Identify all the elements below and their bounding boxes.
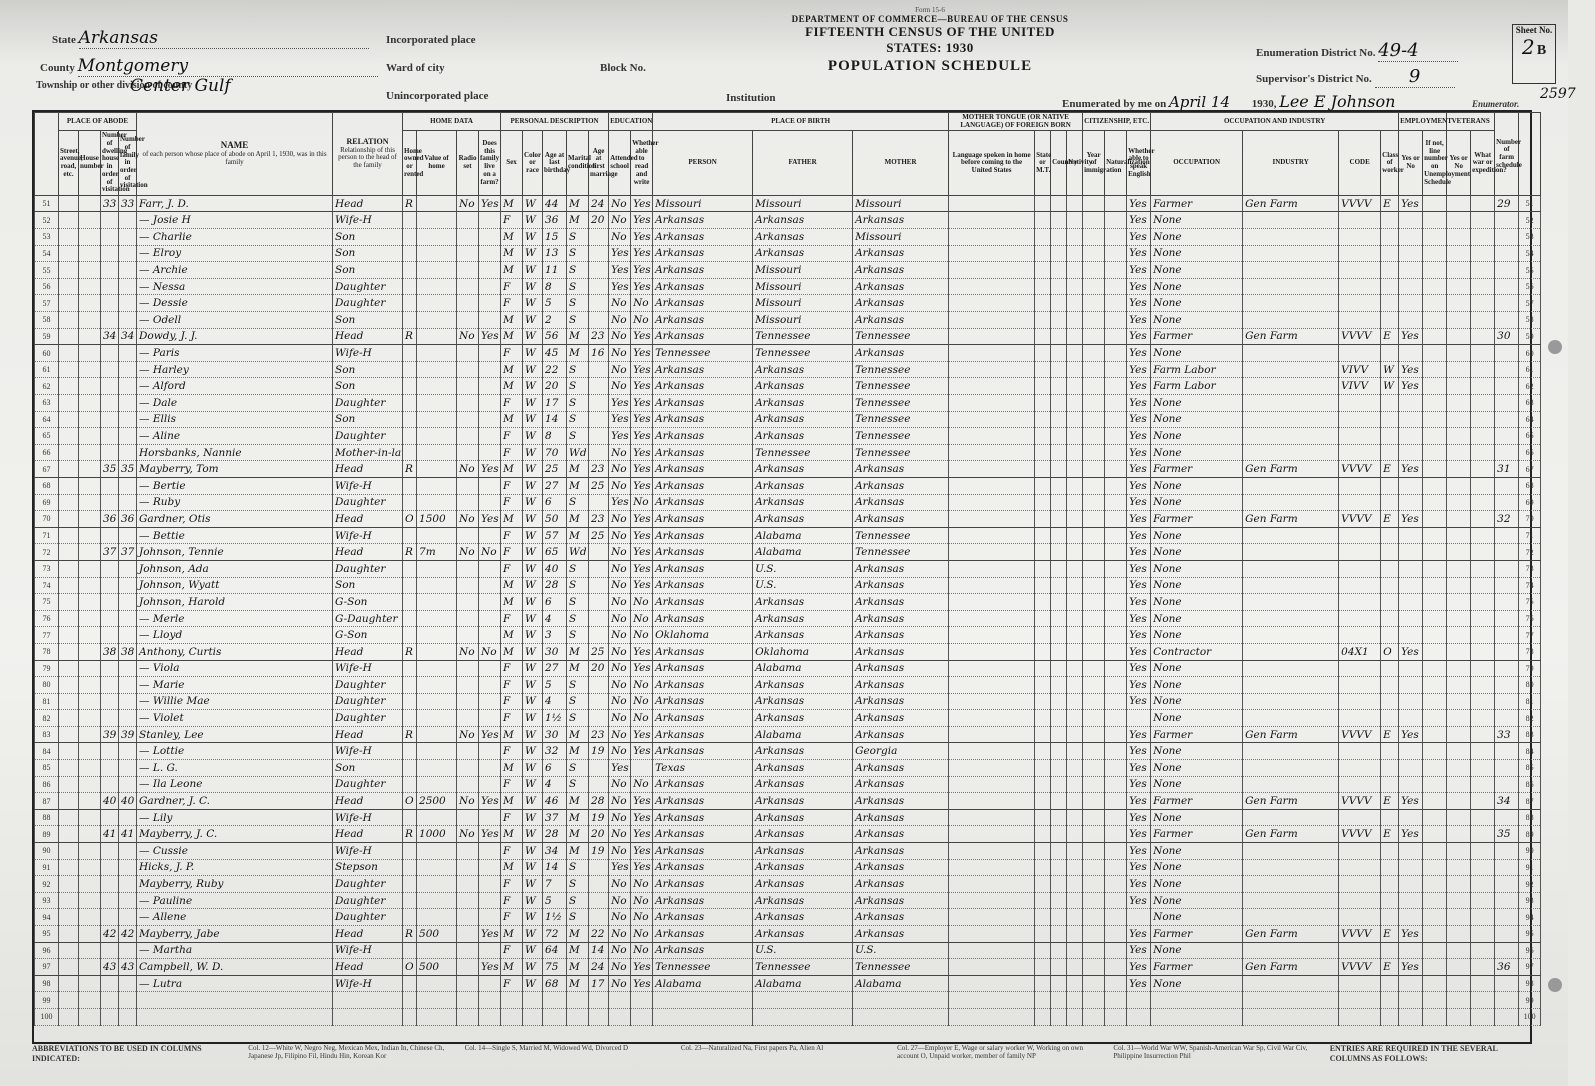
cell-empty — [1471, 660, 1495, 677]
cell-empty — [949, 212, 1035, 229]
cell-empty — [1105, 959, 1127, 976]
line-number: 86 — [35, 776, 59, 793]
cell-sex: F — [501, 428, 523, 445]
cell-fbp: Arkansas — [753, 610, 853, 627]
cell-occ: None — [1151, 760, 1243, 777]
cell-empty — [1105, 843, 1127, 860]
cell-empty — [1051, 677, 1067, 694]
cell-sch — [609, 1008, 631, 1025]
cell-empty — [1423, 776, 1447, 793]
cell-radio — [457, 610, 479, 627]
cell-val — [417, 992, 457, 1009]
col-age: Age at last birthday — [543, 131, 567, 196]
cell-empty — [1105, 361, 1127, 378]
cell-empty — [949, 1008, 1035, 1025]
cell-farm — [479, 859, 501, 876]
cell-empty — [1105, 411, 1127, 428]
cell-own — [403, 760, 417, 777]
cell-radio: No — [457, 544, 479, 561]
cell-farmno: 33 — [1495, 726, 1519, 743]
cell-name: — Elroy — [137, 245, 333, 262]
cell-occ — [1151, 1008, 1243, 1025]
cell-empty — [1423, 444, 1447, 461]
cell-fbp: Missouri — [753, 295, 853, 312]
cell-empty — [1051, 345, 1067, 362]
line-number: 84 — [35, 743, 59, 760]
line-number: 97 — [35, 959, 59, 976]
veterans-group-header: VETERANS — [1447, 113, 1495, 131]
cell-empty — [1423, 643, 1447, 660]
cell-mar: S — [567, 594, 589, 611]
cell-occ: None — [1151, 693, 1243, 710]
cell-race: W — [523, 726, 543, 743]
cell-rel — [333, 992, 403, 1009]
table-row: 77— LloydG-SonMW3SNoNoOklahomaArkansasAr… — [35, 627, 1561, 644]
cell-rw: Yes — [631, 378, 653, 395]
cell-val — [417, 262, 457, 279]
cell-empty — [79, 527, 101, 544]
line-number: 66 — [35, 444, 59, 461]
table-row: 783838Anthony, CurtisHeadRNoNoMW30M25NoY… — [35, 643, 1561, 660]
cell-own — [403, 428, 417, 445]
cell-fbp: U.S. — [753, 942, 853, 959]
cell-race: W — [523, 710, 543, 727]
line-number: 51 — [35, 195, 59, 212]
cell-eng: Yes — [1127, 461, 1151, 478]
cell-empty — [1067, 959, 1083, 976]
cell-farm — [479, 378, 501, 395]
cell-empty — [1083, 560, 1105, 577]
cell-age: 32 — [543, 743, 567, 760]
cell-ind — [1243, 942, 1339, 959]
cell-mar: S — [567, 677, 589, 694]
cell-occ: None — [1151, 859, 1243, 876]
col-industry: INDUSTRY — [1243, 131, 1339, 196]
cell-empty — [1471, 643, 1495, 660]
cell-fam — [119, 295, 137, 312]
cell-race: W — [523, 859, 543, 876]
cell-rel: Son — [333, 411, 403, 428]
cell-eng: Yes — [1127, 942, 1151, 959]
cell-empty — [1471, 926, 1495, 943]
cell-ind: Gen Farm — [1243, 926, 1339, 943]
cell-farmno — [1495, 1008, 1519, 1025]
cell-fbp: Arkansas — [753, 809, 853, 826]
cell-sch: Yes — [609, 411, 631, 428]
cell-rel: Head — [333, 195, 403, 212]
cell-empty — [1471, 776, 1495, 793]
cell-empty — [1051, 776, 1067, 793]
cell-own: R — [403, 643, 417, 660]
cell-code — [1339, 610, 1381, 627]
line-number-right: 66 — [1519, 444, 1541, 461]
cell-race: W — [523, 461, 543, 478]
cell-cls — [1381, 245, 1399, 262]
cell-sch: Yes — [609, 278, 631, 295]
cell-empty — [1035, 992, 1051, 1009]
cell-name: Johnson, Ada — [137, 560, 333, 577]
cell-emp — [1399, 710, 1423, 727]
cell-dw — [101, 1008, 119, 1025]
cell-ind — [1243, 544, 1339, 561]
cell-empty — [1035, 959, 1051, 976]
cell-rel — [333, 1008, 403, 1025]
line-number-right: 61 — [1519, 361, 1541, 378]
cell-own: R — [403, 195, 417, 212]
cell-occ: None — [1151, 262, 1243, 279]
cell-empty — [59, 511, 79, 528]
cell-empty — [1447, 992, 1471, 1009]
tongue-group-header: MOTHER TONGUE (OR NATIVE LANGUAGE) OF FO… — [949, 113, 1083, 131]
cell-empty — [1083, 793, 1105, 810]
cell-own: R — [403, 544, 417, 561]
cell-race — [523, 992, 543, 1009]
cell-code — [1339, 411, 1381, 428]
cell-empty — [1447, 378, 1471, 395]
cell-ind — [1243, 245, 1339, 262]
cell-age: 68 — [543, 975, 567, 992]
cell-empty — [1105, 909, 1127, 926]
cell-cls — [1381, 229, 1399, 246]
cell-rel: Son — [333, 262, 403, 279]
cell-empty — [949, 776, 1035, 793]
cell-sex: M — [501, 312, 523, 329]
cell-code — [1339, 693, 1381, 710]
cell-farmno — [1495, 909, 1519, 926]
cell-age: 37 — [543, 809, 567, 826]
cell-sch: Yes — [609, 760, 631, 777]
cell-sch: No — [609, 577, 631, 594]
cell-rw: Yes — [631, 843, 653, 860]
cell-dw: 42 — [101, 926, 119, 943]
cell-empty — [59, 627, 79, 644]
township-value: Center Gulf — [130, 76, 231, 96]
cell-empty — [1447, 743, 1471, 760]
cell-empty — [1105, 328, 1127, 345]
cell-fam: 37 — [119, 544, 137, 561]
cell-empty — [1035, 859, 1051, 876]
table-row: 91Hicks, J. P.StepsonMW14SYesYesArkansas… — [35, 859, 1561, 876]
cell-empty — [1423, 859, 1447, 876]
relation-header: RELATIONRelationship of this person to t… — [333, 113, 403, 196]
cell-race: W — [523, 444, 543, 461]
table-row: 723737Johnson, TennieHeadR7mNoNoFW65WdNo… — [35, 544, 1561, 561]
cell-radio — [457, 527, 479, 544]
cell-rw: No — [631, 776, 653, 793]
cell-name: — Paris — [137, 345, 333, 362]
cell-empty — [1067, 494, 1083, 511]
cell-afm: 19 — [589, 843, 609, 860]
line-number-right: 97 — [1519, 959, 1541, 976]
cell-cls — [1381, 544, 1399, 561]
cell-age: 70 — [543, 444, 567, 461]
cell-eng: Yes — [1127, 494, 1151, 511]
cell-age: 72 — [543, 926, 567, 943]
cell-eng: Yes — [1127, 395, 1151, 412]
cell-rw: No — [631, 926, 653, 943]
cell-empty — [1447, 826, 1471, 843]
table-row: 60— ParisWife-HFW45M16NoYesTennesseeTenn… — [35, 345, 1561, 362]
cell-radio — [457, 926, 479, 943]
table-row: 90— CussieWife-HFW34M19NoYesArkansasArka… — [35, 843, 1561, 860]
cell-name: — Lottie — [137, 743, 333, 760]
cell-age: 7 — [543, 876, 567, 893]
cell-code — [1339, 544, 1381, 561]
cell-mar: S — [567, 395, 589, 412]
cell-empty — [1083, 511, 1105, 528]
abbrev-race: Col. 12—White W, Negro Neg, Mexican Mex,… — [248, 1044, 446, 1084]
cell-fam — [119, 876, 137, 893]
cell-cls: E — [1381, 461, 1399, 478]
cell-code — [1339, 892, 1381, 909]
col-radio: Radio set — [457, 131, 479, 196]
cell-sex: F — [501, 278, 523, 295]
cell-farmno — [1495, 876, 1519, 893]
col-occupation: OCCUPATION — [1151, 131, 1243, 196]
cell-own — [403, 361, 417, 378]
cell-ind — [1243, 809, 1339, 826]
cell-empty — [59, 527, 79, 544]
cell-empty — [1105, 793, 1127, 810]
cell-empty — [1423, 428, 1447, 445]
cell-val: 500 — [417, 959, 457, 976]
cell-afm: 23 — [589, 461, 609, 478]
cell-own — [403, 411, 417, 428]
cell-ind — [1243, 1008, 1339, 1025]
cell-sch: No — [609, 876, 631, 893]
cell-empty — [1447, 892, 1471, 909]
cell-empty — [79, 726, 101, 743]
cell-rw: No — [631, 942, 653, 959]
cell-cls — [1381, 295, 1399, 312]
cell-empty — [1471, 262, 1495, 279]
cell-ind — [1243, 843, 1339, 860]
cell-empty — [1447, 494, 1471, 511]
cell-empty — [79, 511, 101, 528]
cell-own — [403, 295, 417, 312]
cell-sex: F — [501, 527, 523, 544]
cell-val — [417, 212, 457, 229]
cell-ind — [1243, 743, 1339, 760]
cell-farm — [479, 776, 501, 793]
cell-mar: S — [567, 245, 589, 262]
cell-mar: M — [567, 195, 589, 212]
cell-empty — [59, 328, 79, 345]
cell-empty — [1083, 577, 1105, 594]
table-row: 703636Gardner, OtisHeadO1500NoYesMW50M23… — [35, 511, 1561, 528]
cell-occ: Farmer — [1151, 461, 1243, 478]
cell-empty — [1447, 843, 1471, 860]
cell-sex: F — [501, 395, 523, 412]
cell-empty — [1423, 477, 1447, 494]
cell-sex: M — [501, 959, 523, 976]
cell-age: 8 — [543, 278, 567, 295]
line-number-right: 84 — [1519, 743, 1541, 760]
cell-mar: M — [567, 942, 589, 959]
cell-name: — Allene — [137, 909, 333, 926]
cell-sex: F — [501, 776, 523, 793]
cell-empty — [1035, 643, 1051, 660]
col-farm: Does this family live on a farm? — [479, 131, 501, 196]
cell-empty — [1067, 859, 1083, 876]
cell-empty — [1423, 527, 1447, 544]
cell-val — [417, 843, 457, 860]
cell-empty — [949, 975, 1035, 992]
cell-empty — [1083, 726, 1105, 743]
cell-emp: Yes — [1399, 328, 1423, 345]
cell-race: W — [523, 229, 543, 246]
line-number-right: 51 — [1519, 195, 1541, 212]
cell-empty — [59, 760, 79, 777]
cell-emp — [1399, 610, 1423, 627]
cell-rw: Yes — [631, 809, 653, 826]
education-group-header: EDUCATION — [609, 113, 653, 131]
cell-cls — [1381, 909, 1399, 926]
cell-empty — [949, 710, 1035, 727]
cell-fbp: Arkansas — [753, 428, 853, 445]
cell-empty — [1035, 527, 1051, 544]
cell-dw — [101, 262, 119, 279]
cell-cls — [1381, 262, 1399, 279]
cell-mbp: Tennessee — [853, 411, 949, 428]
cell-dw — [101, 942, 119, 959]
cell-empty — [1471, 378, 1495, 395]
table-row: 53— CharlieSonMW15SNoYesArkansasArkansas… — [35, 229, 1561, 246]
cell-eng: Yes — [1127, 428, 1151, 445]
cell-name: — Bettie — [137, 527, 333, 544]
cell-empty — [79, 809, 101, 826]
cell-ind — [1243, 693, 1339, 710]
cell-race: W — [523, 262, 543, 279]
schedule-title: POPULATION SCHEDULE — [780, 58, 1080, 75]
county-label: County — [40, 62, 75, 74]
cell-sex: F — [501, 809, 523, 826]
cell-mbp: Georgia — [853, 743, 949, 760]
cell-radio — [457, 594, 479, 611]
table-row: 82— VioletDaughterFW1½SNoNoArkansasArkan… — [35, 710, 1561, 727]
cell-bp: Alabama — [653, 975, 753, 992]
cell-empty — [1051, 610, 1067, 627]
cell-empty — [59, 577, 79, 594]
cell-empty — [79, 444, 101, 461]
cell-val: 2500 — [417, 793, 457, 810]
cell-empty — [1447, 975, 1471, 992]
cell-empty — [1067, 577, 1083, 594]
cell-fbp — [753, 1008, 853, 1025]
cell-empty — [79, 361, 101, 378]
cell-empty — [79, 461, 101, 478]
cell-farm: No — [479, 643, 501, 660]
abbreviations-footer: ABBREVIATIONS TO BE USED IN COLUMNS INDI… — [32, 1044, 1528, 1084]
cell-eng: Yes — [1127, 544, 1151, 561]
cell-own — [403, 743, 417, 760]
cell-empty — [1447, 295, 1471, 312]
cell-empty — [1447, 1008, 1471, 1025]
cell-empty — [1083, 992, 1105, 1009]
cell-afm — [589, 262, 609, 279]
cell-empty — [59, 826, 79, 843]
cell-fam — [119, 1008, 137, 1025]
cell-race: W — [523, 411, 543, 428]
cell-mar: S — [567, 693, 589, 710]
cell-empty — [1423, 511, 1447, 528]
cell-empty — [1105, 809, 1127, 826]
cell-dw — [101, 444, 119, 461]
cell-rel: Stepson — [333, 859, 403, 876]
table-row: 79— ViolaWife-HFW27M20NoYesArkansasAlaba… — [35, 660, 1561, 677]
cell-afm: 28 — [589, 793, 609, 810]
cell-bp — [653, 1008, 753, 1025]
cell-empty — [949, 245, 1035, 262]
stamp-number: 2597 — [1540, 86, 1576, 102]
cell-farm — [479, 843, 501, 860]
cell-radio — [457, 959, 479, 976]
cell-empty — [1035, 361, 1051, 378]
cell-fam — [119, 843, 137, 860]
cell-name: Hicks, J. P. — [137, 859, 333, 876]
table-row: 75Johnson, HaroldG-SonMW6SNoNoArkansasAr… — [35, 594, 1561, 611]
cell-bp: Arkansas — [653, 660, 753, 677]
cell-occ: None — [1151, 560, 1243, 577]
cell-empty — [1067, 195, 1083, 212]
cell-name: — Lily — [137, 809, 333, 826]
cell-empty — [79, 378, 101, 395]
cell-emp — [1399, 677, 1423, 694]
cell-rel: Mother-in-law — [333, 444, 403, 461]
cell-rel: Daughter — [333, 892, 403, 909]
cell-val — [417, 892, 457, 909]
cell-sex: M — [501, 793, 523, 810]
cell-code — [1339, 975, 1381, 992]
cell-farm: Yes — [479, 826, 501, 843]
cell-sex: M — [501, 826, 523, 843]
cell-fbp: Arkansas — [753, 710, 853, 727]
cell-empty — [1105, 229, 1127, 246]
cell-dw — [101, 743, 119, 760]
cell-empty — [1035, 677, 1051, 694]
cell-val — [417, 361, 457, 378]
cell-empty — [79, 992, 101, 1009]
line-number-right: 79 — [1519, 660, 1541, 677]
cell-empty — [1423, 959, 1447, 976]
cell-empty — [1423, 395, 1447, 412]
cell-race: W — [523, 312, 543, 329]
cell-fbp: Arkansas — [753, 859, 853, 876]
cell-ind — [1243, 710, 1339, 727]
table-row: 100100 — [35, 1008, 1561, 1025]
cell-own — [403, 312, 417, 329]
cell-fbp: Alabama — [753, 544, 853, 561]
cell-empty — [59, 909, 79, 926]
cell-sch: No — [609, 312, 631, 329]
cell-bp: Arkansas — [653, 577, 753, 594]
cell-bp: Arkansas — [653, 809, 753, 826]
cell-age: 14 — [543, 859, 567, 876]
cell-fbp: Arkansas — [753, 743, 853, 760]
cell-empty — [1423, 262, 1447, 279]
cell-occ: None — [1151, 577, 1243, 594]
cell-sex: M — [501, 627, 523, 644]
cell-fbp: Alabama — [753, 975, 853, 992]
cell-empty — [1471, 627, 1495, 644]
cell-afm: 22 — [589, 926, 609, 943]
cell-emp — [1399, 992, 1423, 1009]
cell-empty — [1051, 328, 1067, 345]
cell-bp: Arkansas — [653, 560, 753, 577]
cell-rel: Son — [333, 312, 403, 329]
cell-fbp: Arkansas — [753, 876, 853, 893]
cell-afm — [589, 229, 609, 246]
